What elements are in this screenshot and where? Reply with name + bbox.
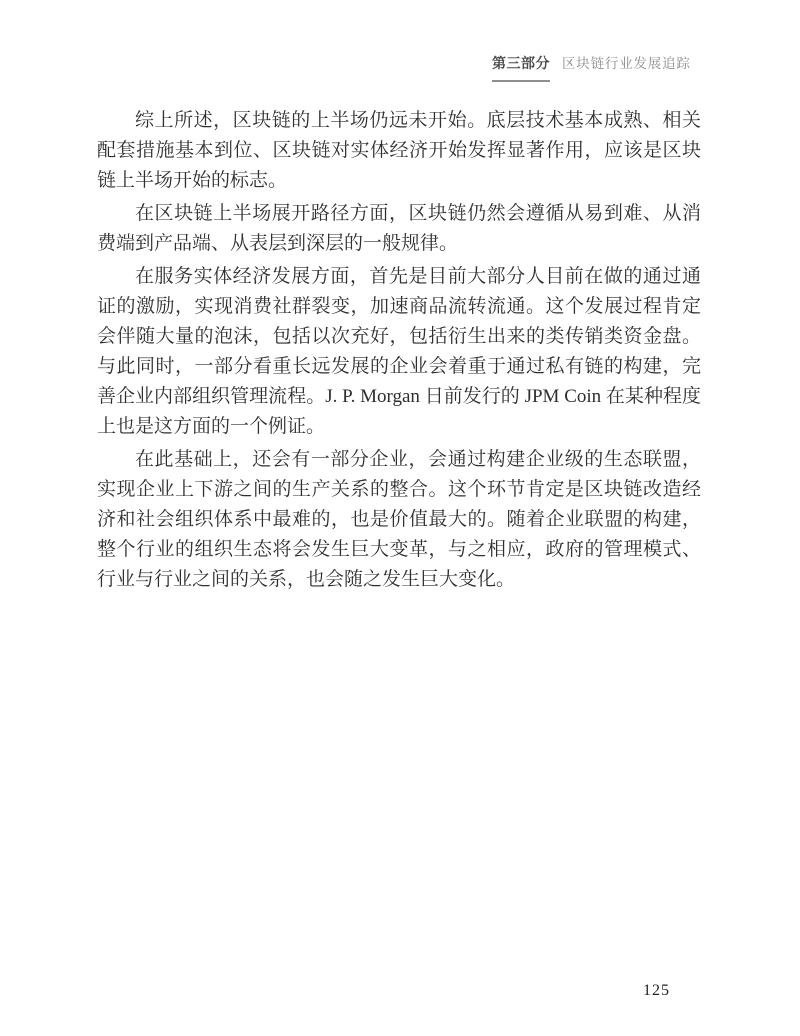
running-header: 第三部分 区块链行业发展追踪: [492, 52, 691, 82]
page-number: 125: [643, 982, 670, 1000]
paragraph-real-economy: 在服务实体经济发展方面，首先是目前大部分人目前在做的通过通证的激励，实现消费社群…: [97, 262, 701, 442]
paragraph-summary: 综上所述，区块链的上半场仍远未开始。底层技术基本成熟、相关配套措施基本到位、区块…: [97, 106, 701, 196]
body-text-block: 综上所述，区块链的上半场仍远未开始。底层技术基本成熟、相关配套措施基本到位、区块…: [97, 106, 701, 598]
section-label: 第三部分: [492, 53, 550, 82]
paragraph-alliance: 在此基础上，还会有一部分企业，会通过构建企业级的生态联盟，实现企业上下游之间的生…: [97, 445, 701, 595]
paragraph-path: 在区块链上半场展开路径方面，区块链仍然会遵循从易到难、从消费端到产品端、从表层到…: [97, 199, 701, 259]
document-page: 第三部分 区块链行业发展追踪 综上所述，区块链的上半场仍远未开始。底层技术基本成…: [0, 0, 800, 1036]
section-title: 区块链行业发展追踪: [562, 52, 691, 72]
